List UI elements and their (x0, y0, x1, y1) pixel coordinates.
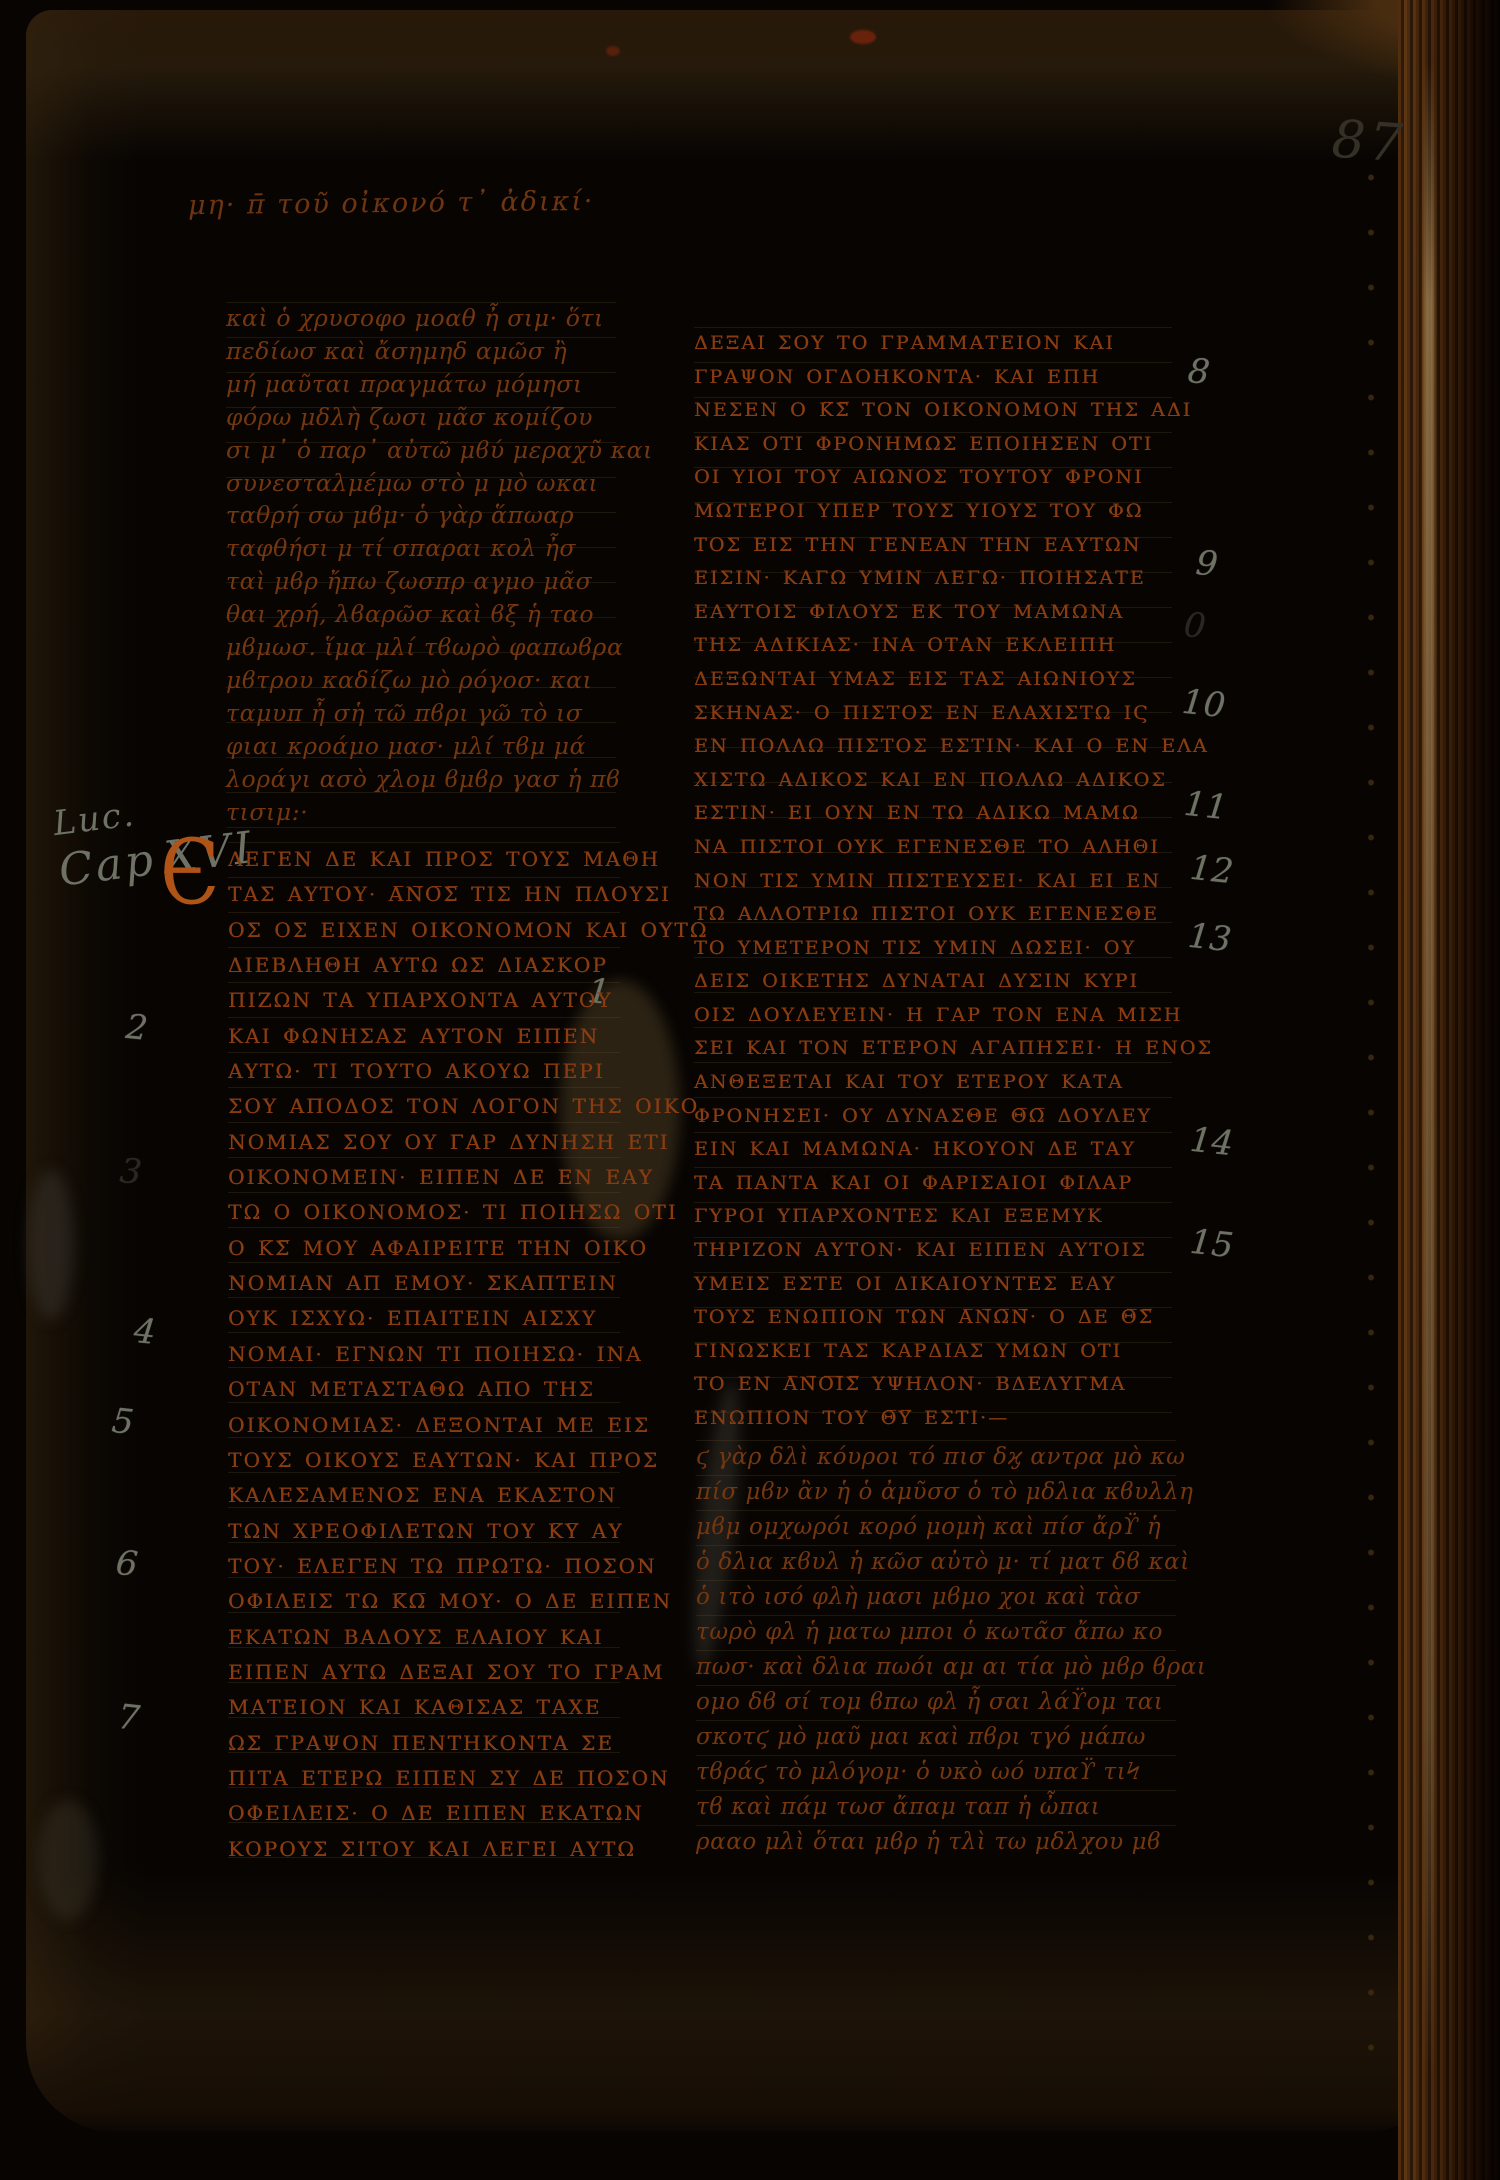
commentary-line: ταθρή σω μϐμ· ὁ γὰρ ἅπωαρ (226, 499, 616, 532)
verse-number: 14 (1188, 1120, 1235, 1164)
running-title: μη· π̄ τοῦ οἰκονό τ᾽ ἀδικί· (188, 186, 595, 221)
gospel-line: ΟΙΚΟΝΟΜΙΑΣ· ΔΕΞΟΝΤΑΙ ΜΕ ΕΙΣ (228, 1408, 620, 1443)
gospel-line: ΤΑ ΠΑΝΤΑ ΚΑΙ ΟΙ ΦΑΡΙΣΑΙΟΙ ΦΙΛΑΡ (694, 1167, 1172, 1201)
gospel-line: ΚΟΡΟΥΣ ΣΙΤΟΥ ΚΑΙ ΛΕΓΕΙ ΑΥΤΩ (228, 1832, 620, 1867)
verse-number: 8 (1186, 351, 1212, 393)
verse-number: 7 (116, 1697, 142, 1739)
gospel-line: ΜΩΤΕΡΟΙ ΥΠΕΡ ΤΟΥΣ ΥΙΟΥΣ ΤΟΥ ΦΩ (694, 495, 1172, 529)
gospel-line: ΣΚΗΝΑΣ· Ο ΠΙΣΤΟΣ ΕΝ ΕΛΑΧΙΣΤΩ ΙϚ (694, 697, 1172, 731)
decorated-initial-epsilon: Є (160, 828, 220, 918)
gospel-line: ΣΕΙ ΚΑΙ ΤΟΝ ΕΤΕΡΟΝ ΑΓΑΠΗΣΕΙ· Η ΕΝΟΣ (694, 1032, 1172, 1066)
ink-smudge (38, 1800, 98, 1920)
gospel-line: ΟΙΚΟΝΟΜΕΙΝ· ΕΙΠΕΝ ΔΕ ΕΝ ΕΑΥ (228, 1160, 620, 1195)
verse-number: 3 (118, 1151, 144, 1193)
left-column-commentary: καὶ ὁ χρυσοφο μοαθ ἦ σιμ· ὅτιπεδίωσ καὶ … (226, 302, 616, 829)
gospel-line: ΟΦΕΙΛΕΙΣ· Ο ΔΕ ΕΙΠΕΝ ΕΚΑΤΩΝ (228, 1796, 620, 1831)
verse-number: 2 (124, 1007, 150, 1049)
gospel-line: ΛΕΓΕΝ ΔΕ ΚΑΙ ΠΡΟΣ ΤΟΥΣ ΜΑΘΗ (228, 842, 620, 877)
gospel-line: ΓΙΝΩΣΚΕΙ ΤΑΣ ΚΑΡΔΙΑΣ ΥΜΩΝ ΟΤΙ (694, 1335, 1172, 1369)
gospel-line: ΤΩ ΑΛΛΟΤΡΙΩ ΠΙΣΤΟΙ ΟΥΚ ΕΓΕΝΕΣΘΕ (694, 898, 1172, 932)
right-column-gospel-text: ΔΕΞΑΙ ΣΟΥ ΤΟ ΓΡΑΜΜΑΤΕΙΟΝ ΚΑΙΓΡΑΨΟΝ ΟΓΔΟΗ… (694, 327, 1172, 1436)
verse-number: 0 (1182, 605, 1208, 647)
gospel-line: ΔΕΞΩΝΤΑΙ ΥΜΑΣ ΕΙΣ ΤΑΣ ΑΙΩΝΙΟΥΣ (694, 663, 1172, 697)
commentary-line: πεδίωσ καὶ ἄσημηδ αμῶσ ἢ (226, 335, 616, 368)
verse-number: 10 (1180, 682, 1227, 726)
commentary-line: θαι χρή, λϐαρῶσ καὶ ϐξ ἡ ταο (226, 598, 616, 631)
gospel-line: ΚΙΑΣ ΟΤΙ ΦΡΟΝΗΜΩΣ ΕΠΟΙΗΣΕΝ ΟΤΙ (694, 428, 1172, 462)
gospel-line: ΑΝΘΕΞΕΤΑΙ ΚΑΙ ΤΟΥ ΕΤΕΡΟΥ ΚΑΤΑ (694, 1066, 1172, 1100)
gospel-line: ΑΥΤΩ· ΤΙ ΤΟΥΤΟ ΑΚΟΥΩ ΠΕΡΙ (228, 1054, 620, 1089)
commentary-line: ομο δϐ σί τομ ϐπω φλ ἦ σαι λάϔομ ται (696, 1685, 1176, 1720)
verse-number: 6 (114, 1543, 140, 1585)
red-ink-speck (850, 30, 876, 44)
commentary-line: πίσ μϐν ἂν ἡ ὁ ἀμῦσσ ὁ τὸ μδλια κϐυλλη (696, 1475, 1176, 1510)
gospel-line: ΔΙΕΒΛΗΘΗ ΑΥΤΩ ΩΣ ΔΙΑΣΚΟΡ (228, 948, 620, 983)
commentary-line: μϐτρου καδίζω μὸ ρόγοσ· και (226, 664, 616, 697)
gospel-line: ΕΝ ΠΟΛΛΩ ΠΙΣΤΟΣ ΕΣΤΙΝ· ΚΑΙ Ο ΕΝ ΕΛΑ (694, 730, 1172, 764)
verse-number: 12 (1188, 848, 1235, 892)
gospel-line: ΤΟΥΣ ΕΝΩΠΙΟΝ ΤΩΝ Α̅Ν̅Ω̅Ν̅· Ο ΔΕ Θ̅Σ̅ (694, 1301, 1172, 1335)
red-ink-speck (606, 46, 620, 56)
gospel-line: ΝΕΣΕΝ Ο Κ̅Σ̅ ΤΟΝ ΟΙΚΟΝΟΜΟΝ ΤΗΣ ΑΔΙ (694, 394, 1172, 428)
commentary-line: φιαι κροάμο μασ· μλί τϐμ μά (226, 730, 616, 763)
verse-number: 5 (110, 1401, 136, 1443)
commentary-line: μϐμ ομχωρόι κορό μομὴ καὶ πίσ ἄρϔ ἡ (696, 1510, 1176, 1545)
commentary-line: τϐ καὶ πάμ τωσ ἄπαμ ταπ ἡ ὦπαι (696, 1790, 1176, 1825)
verse-number: 9 (1194, 543, 1220, 585)
commentary-line: ταὶ μϐρ ἤπω ζωσπρ αγμο μᾶσ (226, 565, 616, 598)
pricking-holes (1366, 150, 1376, 2080)
gospel-line: ΣΟΥ ΑΠΟΔΟΣ ΤΟΝ ΛΟΓΟΝ ΤΗΣ ΟΙΚΟ (228, 1089, 620, 1124)
gospel-line: ΓΡΑΨΟΝ ΟΓΔΟΗΚΟΝΤΑ· ΚΑΙ ΕΠΗ (694, 361, 1172, 395)
verse-number: 13 (1186, 916, 1233, 960)
gospel-line: ΧΙΣΤΩ ΑΔΙΚΟΣ ΚΑΙ ΕΝ ΠΟΛΛΩ ΑΔΙΚΟΣ (694, 764, 1172, 798)
gospel-line: ΕΙΣΙΝ· ΚΑΓΩ ΥΜΙΝ ΛΕΓΩ· ΠΟΙΗΣΑΤΕ (694, 562, 1172, 596)
commentary-line: καὶ ὁ χρυσοφο μοαθ ἦ σιμ· ὅτι (226, 302, 616, 335)
gospel-line: ΠΙΖΩΝ ΤΑ ΥΠΑΡΧΟΝΤΑ ΑΥΤΟΥ (228, 983, 620, 1018)
gospel-line: ΟΣ ΟΣ ΕΙΧΕΝ ΟΙΚΟΝΟΜΟΝ ΚΑΙ ΟΥΤΩ (228, 913, 620, 948)
page-bottom-shadow (26, 1870, 1430, 2132)
commentary-line: τισιμ:· (226, 796, 616, 829)
book-fore-edge (1398, 0, 1500, 2180)
commentary-line: σι μ᾽ ὁ παρ᾽ αὐτῶ μϐύ μεραχῦ και (226, 434, 616, 467)
gospel-line: ΤΗΡΙΖΟΝ ΑΥΤΟΝ· ΚΑΙ ΕΙΠΕΝ ΑΥΤΟΙΣ (694, 1234, 1172, 1268)
verse-number: 11 (1182, 784, 1229, 828)
gospel-line: ΤΟΣ ΕΙΣ ΤΗΝ ΓΕΝΕΑΝ ΤΗΝ ΕΑΥΤΩΝ (694, 529, 1172, 563)
gospel-line: ΓΥΡΟΙ ΥΠΑΡΧΟΝΤΕΣ ΚΑΙ ΕΞΕΜΥΚ (694, 1200, 1172, 1234)
commentary-line: ὁ δλια κϐυλ ἡ κῶσ αὐτὸ μ· τί ματ δϐ καὶ (696, 1545, 1176, 1580)
ink-smudge (28, 1170, 74, 1320)
gospel-line: ΔΕΞΑΙ ΣΟΥ ΤΟ ΓΡΑΜΜΑΤΕΙΟΝ ΚΑΙ (694, 327, 1172, 361)
gospel-line: ΜΑΤΕΙΟΝ ΚΑΙ ΚΑΘΙΣΑΣ ΤΑΧΕ (228, 1690, 620, 1725)
gospel-line: ΠΙΤΑ ΕΤΕΡΩ ΕΙΠΕΝ ΣΥ ΔΕ ΠΟΣΟΝ (228, 1761, 620, 1796)
commentary-line: ταμυπ ἦ σἡ τῶ πϐρι γῶ τὸ ισ (226, 697, 616, 730)
gospel-line: ΝΑ ΠΙΣΤΟΙ ΟΥΚ ΕΓΕΝΕΣΘΕ ΤΟ ΑΛΗΘΙ (694, 831, 1172, 865)
verse-number: 15 (1188, 1222, 1235, 1266)
commentary-line: τωρὸ φλ ἡ ματω μποι ὁ κωτᾶσ ἄπω κο (696, 1615, 1176, 1650)
gospel-line: ΕΑΥΤΟΙΣ ΦΙΛΟΥΣ ΕΚ ΤΟΥ ΜΑΜΩΝΑ (694, 596, 1172, 630)
gospel-line: ΤΟ ΥΜΕΤΕΡΟΝ ΤΙΣ ΥΜΙΝ ΔΩΣΕΙ· ΟΥ (694, 932, 1172, 966)
verse-number: 4 (132, 1311, 158, 1353)
gospel-line: ΤΗΣ ΑΔΙΚΙΑΣ· ΙΝΑ ΟΤΑΝ ΕΚΛΕΙΠΗ (694, 629, 1172, 663)
gospel-line: ΤΑΣ ΑΥΤΟΥ· Α̅Ν̅Ο̅Σ̅ ΤΙΣ ΗΝ ΠΛΟΥΣΙ (228, 877, 620, 912)
gospel-line: ΤΩΝ ΧΡΕΟΦΙΛΕΤΩΝ ΤΟΥ Κ̅Υ̅ ΑΥ (228, 1514, 620, 1549)
gospel-line: ΕΝΩΠΙΟΝ ΤΟΥ Θ̅Υ̅ ΕΣΤΙ·— (694, 1402, 1172, 1436)
gospel-line: ΤΟ ΕΝ Α̅Ν̅Ο̅Ι̅Σ̅ ΥΨΗΛΟΝ· ΒΔΕΛΥΓΜΑ (694, 1368, 1172, 1402)
gospel-line: ΕΙΝ ΚΑΙ ΜΑΜΩΝΑ· ΗΚΟΥΟΝ ΔΕ ΤΑΥ (694, 1133, 1172, 1167)
commentary-line: ϛ γὰρ δλὶ κόυροι τό πισ δϗ αντρα μὸ κω (696, 1440, 1176, 1475)
commentary-line: μή μαῦται πραγμάτω μόμησι (226, 368, 616, 401)
folio-number: 87 (1330, 109, 1408, 174)
gospel-line: ΟΦΙΛΕΙΣ ΤΩ Κ̅Ω̅ ΜΟΥ· Ο ΔΕ ΕΙΠΕΝ (228, 1584, 620, 1619)
gospel-line: ΚΑΛΕΣΑΜΕΝΟΣ ΕΝΑ ΕΚΑΣΤΟΝ (228, 1478, 620, 1513)
gospel-line: ΝΟΜΙΑΝ ΑΠ ΕΜΟΥ· ΣΚΑΠΤΕΙΝ (228, 1266, 620, 1301)
commentary-line: τϐράϛ τὸ μλόγομ· ὁ υκὸ ωό υπαϔ τιϞ (696, 1755, 1176, 1790)
commentary-line: μϐμωσ. ἵμα μλί τϐωρὸ φαπωϐρα (226, 631, 616, 664)
gospel-line: ΟΙ ΥΙΟΙ ΤΟΥ ΑΙΩΝΟΣ ΤΟΥΤΟΥ ΦΡΟΝΙ (694, 461, 1172, 495)
fore-edge-highlight (1424, 60, 1434, 2080)
commentary-line: συνεσταλμέμω στὸ μ μὸ ωκαι (226, 467, 616, 500)
gospel-line: ΤΟΥΣ ΟΙΚΟΥΣ ΕΑΥΤΩΝ· ΚΑΙ ΠΡΟΣ (228, 1443, 620, 1478)
gospel-line: ΟΙΣ ΔΟΥΛΕΥΕΙΝ· Η ΓΑΡ ΤΟΝ ΕΝΑ ΜΙΣΗ (694, 999, 1172, 1033)
gospel-line: ΩΣ ΓΡΑΨΟΝ ΠΕΝΤΗΚΟΝΤΑ ΣΕ (228, 1726, 620, 1761)
gospel-line: ΕΙΠΕΝ ΑΥΤΩ ΔΕΞΑΙ ΣΟΥ ΤΟ ΓΡΑΜ (228, 1655, 620, 1690)
gospel-line: ΝΟΜΙΑΣ ΣΟΥ ΟΥ ΓΑΡ ΔΥΝΗΣΗ ΕΤΙ (228, 1125, 620, 1160)
left-column-gospel-text: ΛΕΓΕΝ ΔΕ ΚΑΙ ΠΡΟΣ ΤΟΥΣ ΜΑΘΗΤΑΣ ΑΥΤΟΥ· Α̅… (228, 842, 620, 1867)
gospel-line: ΚΑΙ ΦΩΝΗΣΑΣ ΑΥΤΟΝ ΕΙΠΕΝ (228, 1019, 620, 1054)
gospel-line: ΥΜΕΙΣ ΕΣΤΕ ΟΙ ΔΙΚΑΙΟΥΝΤΕΣ ΕΑΥ (694, 1268, 1172, 1302)
gospel-line: Ο Κ̅Σ̅ ΜΟΥ ΑΦΑΙΡΕΙΤΕ ΤΗΝ ΟΙΚΟ (228, 1231, 620, 1266)
commentary-line: πωσ· καὶ δλια πωόι αμ αι τία μὸ μϐρ ϐραι (696, 1650, 1176, 1685)
right-column-commentary: ϛ γὰρ δλὶ κόυροι τό πισ δϗ αντρα μὸ κωπί… (696, 1440, 1176, 1860)
commentary-line: λοράγι ασὸ χλομ ϐμϐρ γασ ἡ πϐ (226, 763, 616, 796)
gospel-line: ΤΟΥ· ΕΛΕΓΕΝ ΤΩ ΠΡΩΤΩ· ΠΟΣΟΝ (228, 1549, 620, 1584)
gospel-line: ΤΩ Ο ΟΙΚΟΝΟΜΟΣ· ΤΙ ΠΟΙΗΣΩ ΟΤΙ (228, 1195, 620, 1230)
commentary-line: ὁ ιτὸ ισό φλὴ μασι μϐμο χοι καὶ τὰσ (696, 1580, 1176, 1615)
commentary-line: σκοτϛ μὸ μαῦ μαι καὶ πϐρι τγό μάπω (696, 1720, 1176, 1755)
gospel-line: ΝΟΝ ΤΙΣ ΥΜΙΝ ΠΙΣΤΕΥΣΕΙ· ΚΑΙ ΕΙ ΕΝ (694, 865, 1172, 899)
commentary-line: ρααο μλὶ ὅται μϐρ ἡ τλὶ τω μδλχου μϐ (696, 1825, 1176, 1860)
gospel-line: ΔΕΙΣ ΟΙΚΕΤΗΣ ΔΥΝΑΤΑΙ ΔΥΣΙΝ ΚΥΡΙ (694, 965, 1172, 999)
gospel-line: ΕΚΑΤΩΝ ΒΑΔΟΥΣ ΕΛΑΙΟΥ ΚΑΙ (228, 1620, 620, 1655)
gospel-line: ΦΡΟΝΗΣΕΙ· ΟΥ ΔΥΝΑΣΘΕ Θ̅Ω̅ ΔΟΥΛΕΥ (694, 1100, 1172, 1134)
gospel-line: ΟΤΑΝ ΜΕΤΑΣΤΑΘΩ ΑΠΟ ΤΗΣ (228, 1372, 620, 1407)
gospel-line: ΟΥΚ ΙΣΧΥΩ· ΕΠΑΙΤΕΙΝ ΑΙΣΧΥ (228, 1301, 620, 1336)
commentary-line: ταφθήσι μ τί σπαραι κολ ἦσ (226, 532, 616, 565)
gospel-line: ΕΣΤΙΝ· ΕΙ ΟΥΝ ΕΝ ΤΩ ΑΔΙΚΩ ΜΑΜΩ (694, 797, 1172, 831)
gospel-line: ΝΟΜΑΙ· ΕΓΝΩΝ ΤΙ ΠΟΙΗΣΩ· ΙΝΑ (228, 1337, 620, 1372)
commentary-line: φόρω μδλὴ ζωσι μᾶσ κομίζου (226, 401, 616, 434)
